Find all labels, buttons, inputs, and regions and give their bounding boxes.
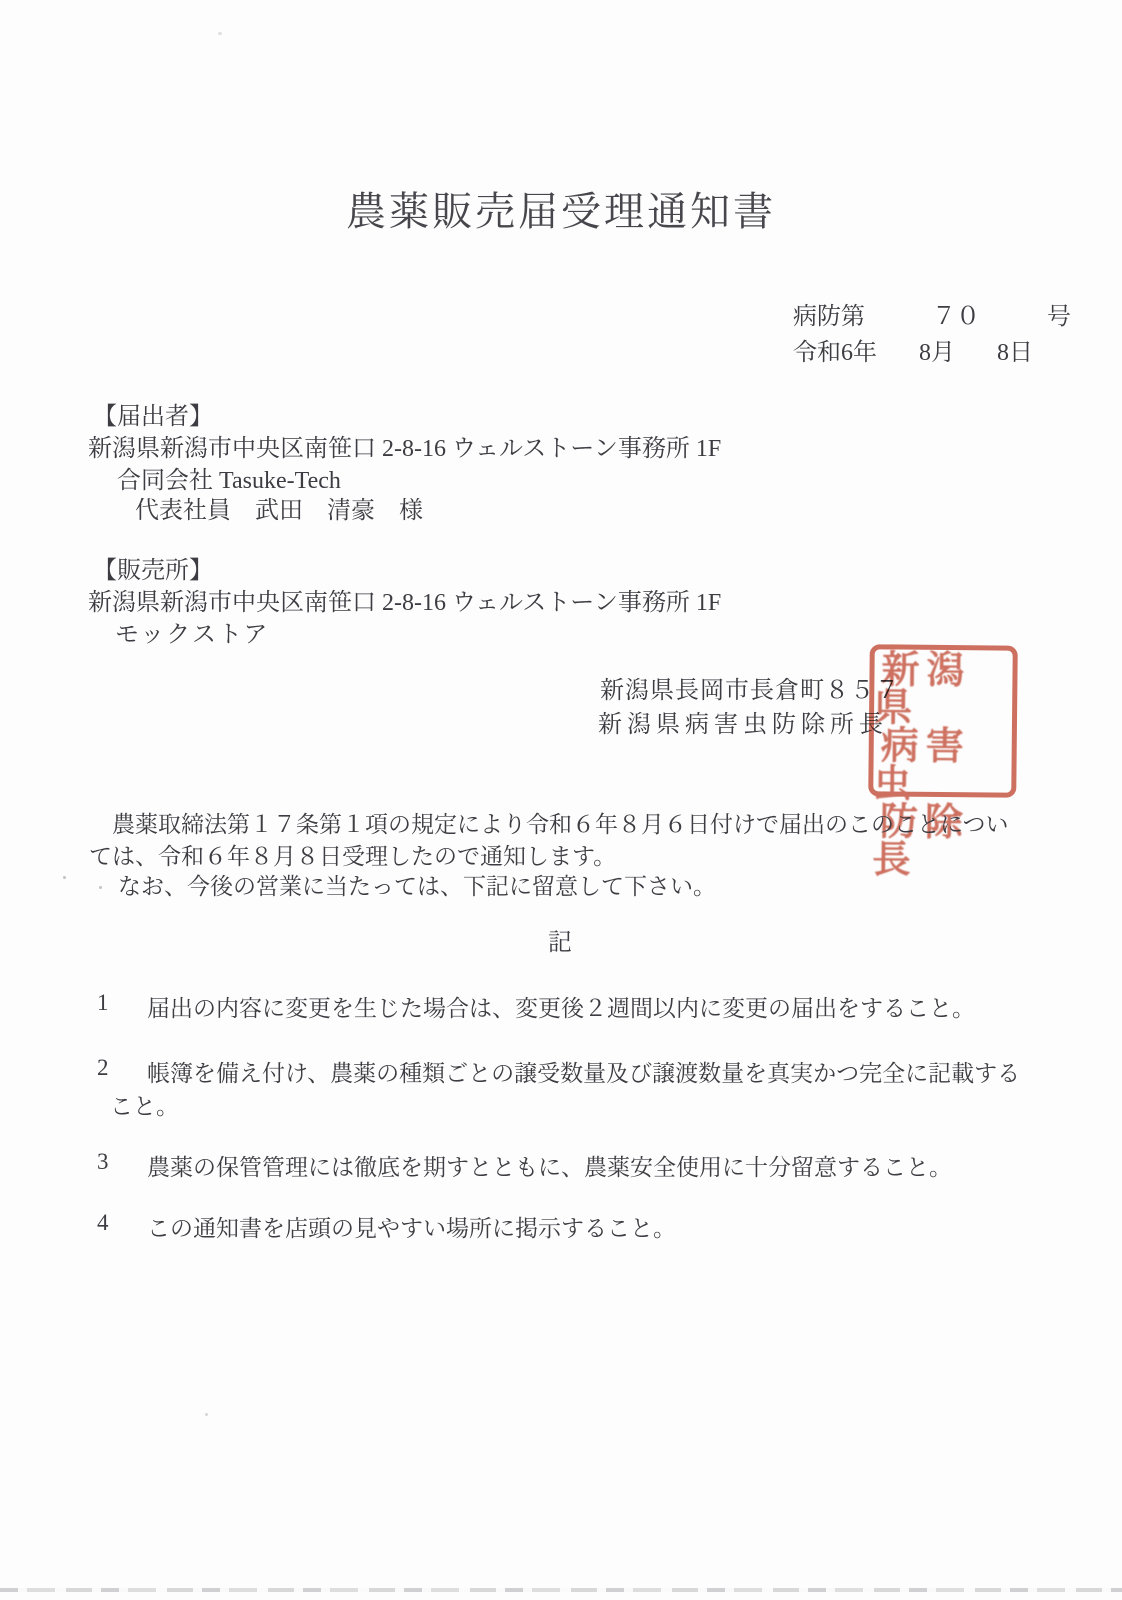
list-item-3: 3 農薬の保管管理には徹底を期すとともに、農薬安全使用に十分留意すること。: [97, 1149, 952, 1182]
ki-separator-label: 記: [0, 922, 1122, 957]
document-title: 農薬販売届受理通知書: [0, 180, 1122, 237]
scanned-document-page: 農薬販売届受理通知書 病防第 ７０ 号 令和6年 8月 8日 【届出者】 新潟県…: [0, 0, 1122, 1600]
scan-speck: [218, 32, 222, 35]
body-paragraph-line-1: 農薬取締法第１７条第１項の規定により令和６年８月６日付けで届出のこのことについ: [89, 806, 1009, 839]
reference-number-value: ７０: [932, 296, 980, 331]
scan-speck: [99, 886, 102, 889]
list-item-2-text: 帳簿を備え付け、農薬の種類ごとの譲受数量及び譲渡数量を真実かつ完全に記載する: [147, 1055, 1020, 1088]
date-month: 8月: [919, 332, 955, 367]
scan-speck: [63, 876, 66, 879]
reference-number-label: 病防第: [793, 296, 865, 331]
list-item-1-number: 1: [97, 990, 147, 1023]
list-item-4: 4 この通知書を店頭の見やすい場所に掲示すること。: [97, 1210, 676, 1243]
shop-name: モックストア: [115, 614, 269, 649]
reference-number-line: 病防第 ７０ 号: [793, 296, 1071, 331]
list-item-3-number: 3: [97, 1149, 147, 1182]
issuer-address: 新潟県長岡市長倉町８５７: [600, 670, 900, 705]
date-day: 8日: [997, 332, 1033, 367]
document-date-line: 令和6年 8月 8日: [793, 332, 1033, 367]
list-item-1-text: 届出の内容に変更を生じた場合は、変更後２週間以内に変更の届出をすること。: [147, 990, 975, 1023]
list-item-2-number: 2: [97, 1055, 147, 1088]
shop-address: 新潟県新潟市中央区南笹口 2-8-16 ウェルストーン事務所 1F: [88, 582, 721, 617]
seal-row-2: 病害虫: [873, 727, 1012, 804]
list-item-2: 2 帳簿を備え付け、農薬の種類ごとの譲受数量及び譲渡数量を真実かつ完全に記載する: [97, 1055, 1020, 1088]
reference-number-unit: 号: [1047, 296, 1071, 331]
list-item-4-number: 4: [97, 1210, 147, 1243]
body-paragraph-line-2: ては、令和６年８月８日受理したので通知します。: [89, 838, 616, 871]
scan-speck: [205, 1413, 208, 1416]
notifier-representative: 代表社員 武田 清豪 様: [135, 490, 423, 525]
official-red-seal-stamp: 新潟県 病害虫 防除長: [868, 644, 1018, 798]
notifier-address: 新潟県新潟市中央区南笹口 2-8-16 ウェルストーン事務所 1F: [88, 428, 721, 463]
list-item-2-continuation: こと。: [110, 1088, 179, 1121]
shop-heading: 【販売所】: [93, 550, 213, 585]
date-era-year: 令和6年: [793, 332, 877, 367]
issuer-title: 新潟県病害虫防除所長: [598, 704, 888, 739]
body-paragraph-line-3: なお、今後の営業に当たっては、下記に留意して下さい。: [95, 868, 716, 901]
list-item-3-text: 農薬の保管管理には徹底を期すとともに、農薬安全使用に十分留意すること。: [147, 1149, 952, 1182]
list-item-1: 1 届出の内容に変更を生じた場合は、変更後２週間以内に変更の届出をすること。: [97, 990, 975, 1023]
scan-edge-artifact: [0, 1588, 1122, 1592]
notifier-heading: 【届出者】: [93, 396, 213, 431]
list-item-4-text: この通知書を店頭の見やすい場所に掲示すること。: [147, 1210, 676, 1243]
seal-row-1: 新潟県: [874, 651, 1013, 728]
